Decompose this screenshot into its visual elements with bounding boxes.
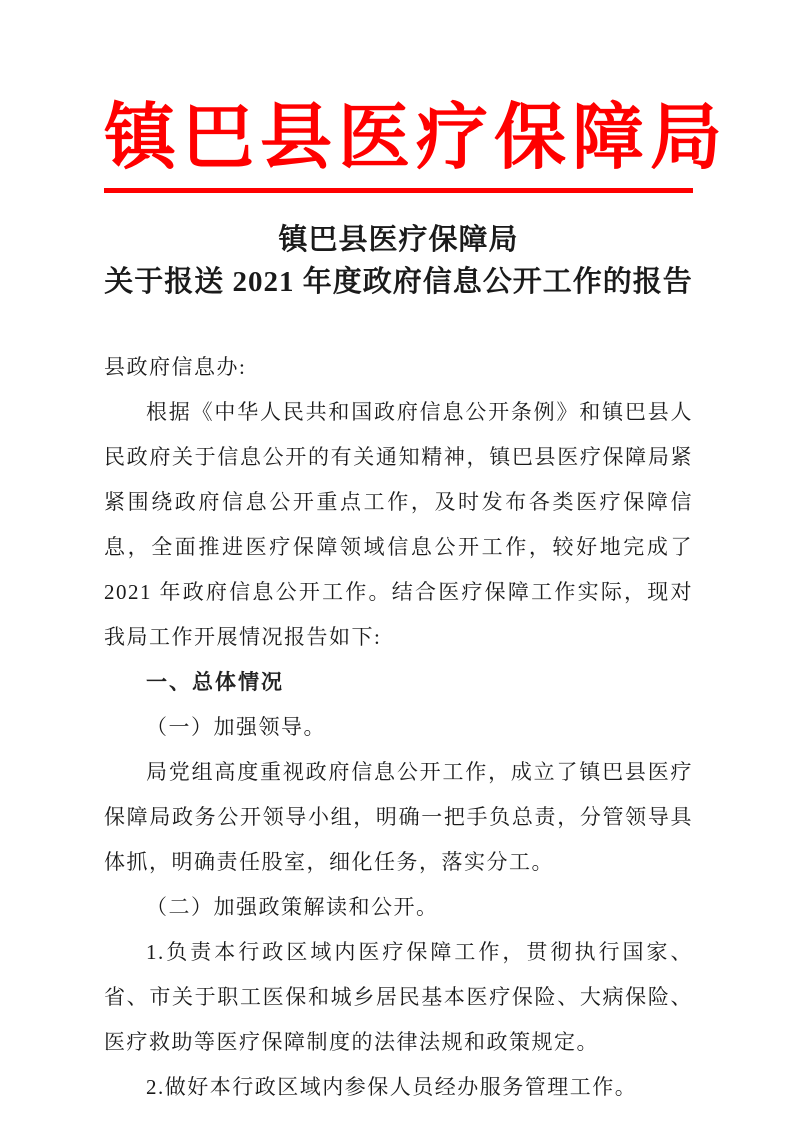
document-title-line-1: 镇巴县医疗保障局 — [104, 219, 693, 261]
document-body: 县政府信息办: 根据《中华人民共和国政府信息公开条例》和镇巴县人民政府关于信息公… — [104, 345, 693, 1110]
paragraph-introduction: 根据《中华人民共和国政府信息公开条例》和镇巴县人民政府关于信息公开的有关通知精神… — [104, 390, 693, 660]
salutation: 县政府信息办: — [104, 345, 693, 390]
letterhead-divider — [104, 188, 693, 193]
document-title: 镇巴县医疗保障局 关于报送 2021 年度政府信息公开工作的报告 — [104, 219, 693, 303]
paragraph-item-1: 1.负责本行政区域内医疗保障工作，贯彻执行国家、省、市关于职工医保和城乡居民基本… — [104, 930, 693, 1065]
paragraph-leadership-group: 局党组高度重视政府信息公开工作，成立了镇巴县医疗保障局政务公开领导小组，明确一把… — [104, 750, 693, 885]
subsection-heading-policy-interpretation: （二）加强政策解读和公开。 — [104, 885, 693, 930]
section-heading-overall-situation: 一、总体情况 — [104, 660, 693, 705]
document-page: 镇巴县医疗保障局 镇巴县医疗保障局 关于报送 2021 年度政府信息公开工作的报… — [0, 0, 793, 1122]
document-title-line-2: 关于报送 2021 年度政府信息公开工作的报告 — [104, 261, 693, 303]
paragraph-item-2: 2.做好本行政区域内参保人员经办服务管理工作。 — [104, 1065, 693, 1110]
subsection-heading-strengthen-leadership: （一）加强领导。 — [104, 705, 693, 750]
letterhead-agency-name: 镇巴县医疗保障局 — [104, 96, 693, 180]
